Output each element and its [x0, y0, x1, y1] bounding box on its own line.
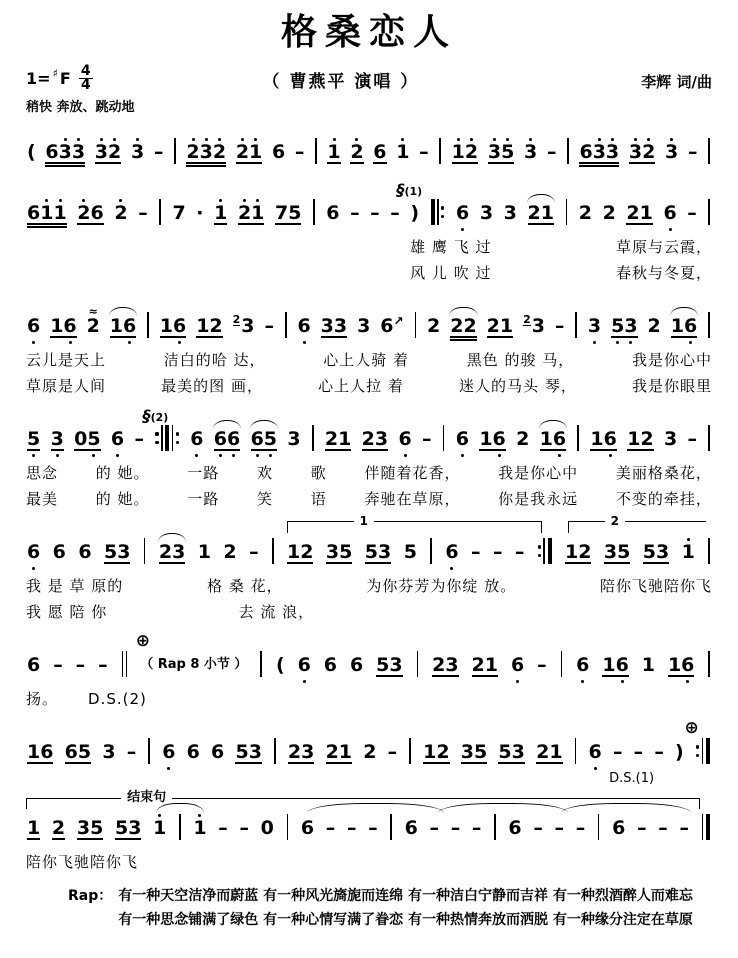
note-digits: 6	[78, 536, 91, 571]
note-digits: 6	[27, 649, 40, 684]
glissando-up-icon: ↗	[393, 314, 403, 328]
duration-underline	[160, 336, 186, 338]
note-digit-cell: 6	[53, 536, 66, 571]
score-line-7: ⊕16653–6665323212–123553216–––)D.S.(1)	[26, 721, 712, 786]
note-digits: –	[688, 423, 698, 458]
bar-stroke	[122, 651, 124, 677]
note-digit-cell: 2	[238, 197, 251, 232]
note-digit-cell: 1	[27, 812, 40, 847]
note-digit-cell: 0	[74, 423, 87, 458]
octave-dot	[629, 341, 632, 344]
bar-stroke	[702, 814, 704, 840]
note-digits: –	[370, 197, 380, 232]
dash-note: –	[75, 649, 87, 684]
note-digit-cell: 2	[626, 197, 639, 232]
note-digits: 6	[187, 736, 200, 771]
duration-underline	[51, 449, 64, 451]
bar-stroke	[443, 425, 445, 451]
duration-underline	[52, 838, 65, 840]
note-digits: 6	[373, 136, 386, 171]
note-token: 53	[364, 536, 392, 571]
barline	[700, 813, 712, 847]
note-digit-cell: –	[547, 136, 557, 171]
note-digit-cell: 2	[350, 136, 363, 171]
note-digit-cell: 3	[249, 736, 262, 771]
note-digits: –	[658, 812, 668, 847]
note-digits: 3	[480, 197, 493, 232]
note-digit-cell: 2	[362, 423, 375, 458]
note-digits: –	[295, 136, 305, 171]
lyric-segment: 雄 鹰 飞 过	[410, 237, 491, 258]
note-digits: 6	[162, 736, 175, 771]
lyrics-row-2: 风 儿 吹 过春秋与冬夏，	[26, 263, 712, 284]
note-digit-cell: 2	[288, 736, 301, 771]
dash-note: –	[349, 197, 361, 232]
digit-glyph: 6	[456, 429, 469, 449]
note-digits: 3	[588, 310, 601, 345]
note-digit-cell: 7	[275, 197, 288, 232]
dots-below	[195, 449, 198, 458]
note-digit-cell: –	[613, 736, 623, 771]
note-digit-cell: –	[76, 649, 86, 684]
digit-glyph: 3	[72, 142, 85, 162]
note-digit-cell: 6	[576, 649, 589, 684]
note-token: 6	[186, 736, 201, 771]
duration-underline	[326, 562, 352, 564]
digit-glyph: 2	[578, 542, 591, 562]
octave-dot	[256, 454, 259, 457]
bar-stroke	[159, 199, 161, 225]
note-token: 35	[603, 536, 631, 571]
digit-glyph: 2	[223, 542, 236, 562]
note-digit-cell: 3	[51, 423, 64, 458]
octave-dot	[232, 454, 235, 457]
digit-glyph: –	[350, 203, 360, 223]
digit-glyph: 6	[78, 542, 91, 562]
digit-glyph: –	[679, 818, 689, 838]
note-token: 16	[539, 423, 567, 458]
note-digit-cell: 1	[682, 536, 695, 571]
note-digit-cell: 5	[90, 812, 103, 847]
barline	[157, 198, 163, 232]
digit-glyph: 2	[450, 316, 463, 336]
dash-note: –	[137, 197, 149, 232]
note-digit-cell: –	[390, 197, 400, 232]
tempo-marking: 稍快 奔放、跳动地	[26, 96, 712, 115]
note-digit-cell: 3	[480, 197, 493, 232]
lyric-segment: 心上人骑 着	[323, 350, 409, 371]
note-digit-cell: –	[249, 536, 259, 571]
note-token: ·	[195, 197, 204, 232]
digit-glyph: 3	[321, 316, 334, 336]
note-digit-cell: 6	[272, 136, 285, 171]
digit-glyph: 6	[27, 203, 40, 223]
digit-glyph: 1	[627, 429, 640, 449]
bar-stroke	[706, 814, 710, 840]
note-digit-cell: –	[419, 136, 429, 171]
note-digit-cell: 6	[511, 649, 524, 684]
lyric-segment: 格 桑 花，	[207, 576, 283, 597]
repeat-dots	[441, 206, 444, 217]
bar-stroke	[431, 199, 435, 225]
octave-dot	[558, 454, 561, 457]
dash-note: –	[450, 812, 462, 847]
note-digit-cell: 1	[627, 423, 640, 458]
note-digits: –	[218, 812, 228, 847]
note-digit-cell: 6	[604, 423, 617, 458]
digit-glyph: 7	[275, 203, 288, 223]
octave-dot	[69, 341, 72, 344]
note-digits: –	[654, 736, 664, 771]
note-token: 35	[325, 536, 353, 571]
note-digits: –	[555, 310, 565, 345]
digit-glyph: 1	[50, 316, 63, 336]
note-token: 6	[296, 310, 311, 345]
note-digits: 6	[456, 197, 469, 232]
note-digits: 23	[523, 310, 545, 345]
lyric-segment: 去 流 浪，	[239, 602, 315, 623]
note-digit-cell: 3	[131, 136, 144, 171]
digit-glyph: 6	[579, 142, 592, 162]
digit-glyph: 1	[479, 429, 492, 449]
note-digits: (	[27, 136, 36, 171]
note-digits: 21	[236, 136, 262, 171]
digit-glyph: 3	[51, 429, 64, 449]
bar-stroke	[161, 425, 163, 451]
note-digits: 2	[427, 310, 440, 345]
digit-glyph: 2	[427, 316, 440, 336]
digit-glyph: 3	[480, 203, 493, 223]
digit-glyph: 3	[241, 316, 254, 336]
barline	[441, 424, 447, 458]
note-digit-cell: –	[368, 812, 378, 847]
note-token: 53	[375, 649, 403, 684]
digit-glyph: –	[53, 655, 63, 675]
barline	[172, 137, 178, 171]
note-digits: 6	[589, 736, 602, 771]
barline	[413, 311, 419, 345]
note-token: 53	[103, 536, 131, 571]
note-digit-cell: 6	[78, 536, 91, 571]
note-digit-cell: 3	[656, 536, 669, 571]
note-digit-cell: 1	[339, 736, 352, 771]
note-digits: 6	[326, 197, 339, 232]
note-digit-cell: –	[154, 136, 164, 171]
lyrics-row-1: 雄 鹰 飞 过草原与云霞，	[26, 237, 712, 258]
octave-dot	[195, 454, 198, 457]
digit-glyph: –	[637, 818, 647, 838]
note-digits: 21	[536, 736, 562, 771]
duration-underline	[627, 449, 653, 451]
barline	[573, 737, 579, 771]
lyric-segment: 语	[311, 489, 327, 510]
note-digits: –	[679, 812, 689, 847]
rap-line-2: 有一种思念铺满了绿色 有一种心情写满了眷恋 有一种热情奔放而洒脱 有一种缘分注定…	[118, 908, 693, 932]
lyric-segment: 欢	[257, 463, 273, 484]
rap-section: Rap： 有一种天空洁净而蔚蓝 有一种风光旖旎而连绵 有一种洁白宁静而吉祥 有一…	[26, 884, 712, 932]
note-digits: 1	[153, 812, 166, 847]
duration-underline	[450, 336, 476, 338]
duration-underline	[423, 762, 449, 764]
note-digits: 6	[27, 310, 40, 345]
note-token: 21	[324, 423, 352, 458]
duration-underline	[450, 339, 476, 341]
lyric-segment: 美丽格桑花，	[616, 463, 712, 484]
note-digit-cell: –	[576, 812, 586, 847]
coda-mark: ⊕	[685, 718, 699, 738]
duration-underline	[288, 762, 314, 764]
octave-dot	[593, 341, 596, 344]
note-digits: 21	[626, 197, 652, 232]
note-digits: 21	[325, 423, 351, 458]
note-token: 1	[395, 136, 410, 171]
note-token: 6	[77, 536, 92, 571]
notes-row: 16653–6665323212–123553216–––)	[26, 736, 712, 771]
note-token: 16	[589, 423, 617, 458]
note-digit-cell: –	[688, 423, 698, 458]
dot	[696, 745, 699, 748]
inline-direction-text: （ Rap 8 小节 ）	[140, 653, 247, 672]
octave-dot	[167, 767, 170, 770]
digit-glyph: 6	[589, 742, 602, 762]
digit-glyph: 6	[445, 542, 458, 562]
digit-glyph: 2	[640, 429, 653, 449]
digit-glyph: 6	[227, 429, 240, 449]
duration-underline	[50, 336, 76, 338]
note-token: 5	[26, 423, 41, 458]
note-digit-cell: 1	[500, 310, 513, 345]
note-digits: 21	[238, 197, 264, 232]
note-digits: 0	[261, 812, 274, 847]
duration-underline	[27, 223, 67, 225]
note-digits: –	[390, 197, 400, 232]
note-token: 16	[26, 736, 54, 771]
barline	[492, 813, 498, 847]
digit-glyph: 1	[640, 203, 653, 223]
note-digits: –	[326, 812, 336, 847]
digit-glyph: 5	[643, 542, 656, 562]
note-digit-cell: 2	[209, 310, 222, 345]
digit-glyph: )	[675, 742, 684, 762]
bar-stroke	[575, 312, 577, 338]
note-digits: 6	[211, 736, 224, 771]
digit-glyph: 6	[324, 655, 337, 675]
note-digits: 2	[223, 536, 236, 571]
note-digit-cell: 2	[52, 812, 65, 847]
meter-denominator: 4	[81, 79, 91, 92]
digit-glyph: 6	[27, 655, 40, 675]
lyric-segment: 思念	[26, 463, 58, 484]
digit-glyph: 5	[498, 742, 511, 762]
note-digit-cell: 6	[456, 197, 469, 232]
digit-glyph: 2	[465, 142, 478, 162]
note-token: 3	[50, 423, 65, 458]
dash-note: –	[471, 812, 483, 847]
dot	[538, 545, 541, 548]
duration-underline	[214, 223, 227, 225]
note-digit-cell: 2	[432, 649, 445, 684]
digit-glyph: 1	[160, 316, 173, 336]
note-token: 12	[626, 423, 654, 458]
repeat-dots	[538, 545, 541, 556]
note-digit-cell: –	[679, 812, 689, 847]
dash-note: –	[238, 812, 250, 847]
duration-underline	[77, 838, 103, 840]
digit-glyph: –	[687, 203, 697, 223]
dots-below	[303, 336, 306, 345]
note-digit-cell: 6	[27, 649, 40, 684]
digit-glyph: 6	[326, 203, 339, 223]
marks-row: §(1)	[26, 182, 712, 197]
note-digits: 3	[524, 136, 537, 171]
note-token: 3	[286, 423, 301, 458]
note-digit-cell: 1	[214, 197, 227, 232]
note-digit-cell: 6	[65, 736, 78, 771]
dash-note: –	[325, 812, 337, 847]
bar-stroke	[126, 651, 128, 677]
barline	[694, 737, 712, 771]
duration-underline	[643, 562, 669, 564]
note-digit-cell: 2	[516, 423, 529, 458]
digit-glyph: 1	[251, 203, 264, 223]
barline	[575, 424, 581, 458]
note-digits: 53	[365, 536, 391, 571]
lyric-segment: 我 愿 陪 你	[26, 602, 107, 623]
note-digit-cell: 3	[378, 536, 391, 571]
note-digit-cell: 2	[578, 536, 591, 571]
barline	[388, 813, 394, 847]
note-digits: 1	[682, 536, 695, 571]
note-digit-cell: 5	[27, 423, 40, 458]
duration-underline	[602, 675, 628, 677]
bar-stroke	[543, 538, 545, 564]
bar-stroke	[702, 738, 704, 764]
digit-glyph: (	[276, 655, 285, 675]
duration-underline	[668, 675, 694, 677]
note-digit-cell: 1	[50, 310, 63, 345]
note-digit-cell: 3	[117, 536, 130, 571]
marks-row	[26, 121, 712, 136]
note-token: 3	[523, 136, 538, 171]
note-digit-cell: 1	[153, 812, 166, 847]
barline	[559, 650, 565, 684]
note-digits: 6	[456, 423, 469, 458]
digit-glyph: 2	[528, 203, 541, 223]
note-token: 6	[323, 649, 338, 684]
bar-stroke	[179, 814, 181, 840]
note-token: 3	[479, 197, 494, 232]
dash-note: –	[575, 812, 587, 847]
notes-row: (633323–232216–1261–12353–633323–	[26, 136, 712, 171]
note-digits: 6	[190, 423, 203, 458]
duration-underline	[65, 762, 91, 764]
digit-glyph: 3	[334, 316, 347, 336]
digit-glyph: –	[127, 742, 137, 762]
bar-stroke	[147, 312, 149, 338]
octave-dot	[92, 454, 95, 457]
key-signature: 1=♯F 4 4	[26, 65, 93, 92]
note-digit-cell: 1	[479, 423, 492, 458]
note-digit-cell: 3	[524, 136, 537, 171]
bar-stroke	[430, 538, 432, 564]
lyrics-row-2: 我 愿 陪 你去 流 浪，	[26, 602, 314, 623]
note-digits: 2	[648, 310, 661, 345]
lyric-segment: 我是你眼里	[632, 376, 712, 397]
digit-glyph: 1	[338, 429, 351, 449]
notes-row: 53056–66665321236–61621616123–	[26, 423, 712, 458]
duration-underline	[461, 762, 487, 764]
note-token: 6	[271, 136, 286, 171]
note-token: 23	[287, 736, 315, 771]
note-digits: 12	[287, 536, 313, 571]
note-digit-cell: 3	[604, 536, 617, 571]
note-digit-cell: )	[675, 736, 684, 771]
digit-glyph: 6	[123, 316, 136, 336]
digit-glyph: 1	[327, 142, 340, 162]
note-digits: 6	[53, 536, 66, 571]
duration-underline	[326, 762, 352, 764]
digit-glyph: 6	[456, 203, 469, 223]
note-digit-cell: –	[688, 136, 698, 171]
digit-glyph: 5	[78, 742, 91, 762]
note-digits: 6	[27, 536, 40, 571]
dash-note: –	[536, 649, 548, 684]
digit-glyph: 1	[153, 818, 166, 838]
note-token: 2	[222, 536, 237, 571]
digit-glyph: 5	[404, 542, 417, 562]
duration-underline	[115, 838, 141, 840]
barline	[437, 137, 443, 171]
note-digit-cell: 2	[108, 136, 121, 171]
digit-glyph: 5	[365, 542, 378, 562]
barline	[313, 137, 319, 171]
note-digit-cell: 5	[235, 736, 248, 771]
digit-glyph: –	[547, 142, 557, 162]
note-digits: 53	[235, 736, 261, 771]
note-digits: 21	[487, 310, 513, 345]
note-token: 21	[527, 197, 555, 232]
lyric-segment: 陪你飞驰陪你飞	[600, 576, 712, 597]
digit-glyph: –	[98, 655, 108, 675]
note-digit-cell: 3	[488, 136, 501, 171]
lyric-segment: 洁白的哈 达，	[164, 350, 266, 371]
note-digit-cell: 5	[376, 649, 389, 684]
duration-underline	[671, 336, 697, 338]
duration-underline	[27, 226, 67, 228]
note-token: 53	[234, 736, 262, 771]
note-token: 53	[610, 310, 638, 345]
digit-glyph: 6	[493, 429, 506, 449]
rap-line-1: 有一种天空洁净而蔚蓝 有一种风光旖旎而连绵 有一种洁白宁静而吉祥 有一种烈酒醉人…	[118, 884, 693, 908]
time-signature: 4 4	[79, 65, 93, 92]
note-digits: –	[138, 197, 148, 232]
dots-below	[167, 762, 170, 771]
note-digit-cell: 6	[27, 536, 40, 571]
dash-note: –	[636, 812, 648, 847]
dash-note: –	[554, 310, 566, 345]
octave-dot	[461, 228, 464, 231]
note-digits: 6	[350, 649, 363, 684]
lyric-segment: 一路	[187, 489, 219, 510]
note-digit-cell: 0	[261, 812, 274, 847]
digit-glyph: –	[555, 818, 565, 838]
duration-underline	[251, 449, 277, 451]
lyric-segment: 心上人拉 着	[318, 376, 404, 397]
dash-note: –	[263, 310, 275, 345]
note-digit-cell: 3	[357, 310, 370, 345]
note-digit-cell: 6	[297, 310, 310, 345]
note-digits: 6	[297, 310, 310, 345]
